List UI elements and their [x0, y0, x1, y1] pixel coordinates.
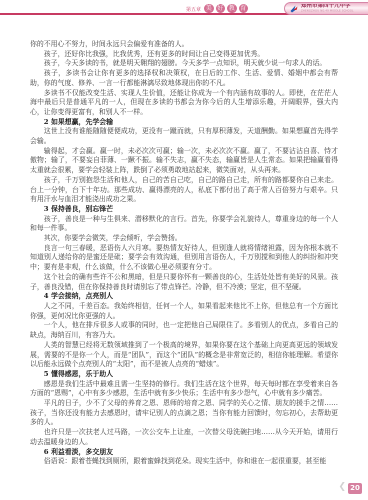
header-badge-circle: 美 — [204, 4, 214, 14]
body-paragraph: 也许只是一次扶老人过马路，一次公交车上让座，一次替父母洗碗扫地……从今天开始，请… — [30, 428, 338, 447]
body-paragraph: 感恩是我们生活中最难且需一生坚持的修行。我们生活在这个世界，每天每时都在享受着来… — [30, 380, 338, 399]
body-paragraph: 平凡的日子，少不了父母的养育之恩、恩师的培育之恩、同学的关心之情、朋友的援手之情… — [30, 399, 338, 428]
body-paragraph: 这个社会的确有些许不公和黑暗，但是只要你怀有一颗善良的心，生活处处皆有美好的风景… — [30, 273, 338, 292]
body-paragraph: 5 懂得感恩，乐于助人 — [30, 370, 338, 380]
body-paragraph: 俗语说：跟着苍蝇找到厕所，跟着蜜蜂找到花朵。现实生活中，你和谁在一起很重要，甚至… — [30, 457, 338, 467]
body-paragraph: 良言一句三春暖，恶语伤人六月寒。要热情友好待人，但别逢人就将情绪袒露，因为你根本… — [30, 244, 338, 273]
body-paragraph: 输得起，才会赢。赢一时，未必次次可赢；输一次，未必次次不赢。赢了，不要沾沾自喜、… — [30, 147, 338, 176]
school-text: 郑州市第四十九中学 ZHENGZHOU NO.49 MIDDLE SCHOOL — [301, 4, 363, 13]
school-ribbon: 郑州市第四十九中学 ZHENGZHOU NO.49 MIDDLE SCHOOL — [284, 2, 368, 15]
document-page: 第五章 美 好 教 育 郑州市第四十九中学 ZHENGZHOU NO.49 MI… — [0, 0, 368, 500]
header-badge-circle: 好 — [216, 4, 226, 14]
header-badge-circle: 育 — [239, 4, 249, 14]
page-number-badge: 20 — [348, 483, 362, 494]
body-paragraph: 2 如果想赢，先学会输 — [30, 118, 338, 128]
body-paragraph: 孩子，还好你比我强，比我优秀，还有更多的时间让自己变得更加优秀。 — [30, 50, 338, 60]
page-header: 第五章 美 好 教 育 郑州市第四十九中学 ZHENGZHOU NO.49 MI… — [0, 0, 368, 18]
body-paragraph: 孩子，多读书会让你有更多的选择权和决策权，在日后的工作、生活、爱情、婚姻中都会有… — [30, 69, 338, 88]
body-paragraph: 这世上没有谁能随随便便成功，更没有一蹴而就，只有厚积薄发，天道酬勤。如果想赢首先… — [30, 127, 338, 146]
header-badges: 美 好 教 育 — [204, 4, 248, 14]
school-logo-icon — [289, 4, 299, 14]
chapter-tag: 第五章 — [186, 6, 201, 13]
body-paragraph: 其次，你要学会微笑，学会倾听，学会赞扬。 — [30, 234, 338, 244]
body-paragraph: 一个人，他在排斥很多人或事的同时，也一定把他自己局限住了。多看别人的优点，多看自… — [30, 321, 338, 340]
body-paragraph: 多读书不仅能改变生活、实现人生价值，还能让你成为一个有内涵有故事的人。即使，在茫… — [30, 89, 338, 118]
document-body: 你的不用心不努力，时间永远只会偏爱有准备的人。 孩子，还好你比我强，比我优秀，还… — [30, 40, 338, 467]
header-badge-circle: 教 — [227, 4, 237, 14]
body-paragraph: 人之不同，千差百态。我始终相信，任何一个人，如果看起来他比不上你，但他总有一个方… — [30, 302, 338, 321]
page-corner-icon: ❮ — [338, 482, 346, 493]
body-paragraph: 6 利益看淡，多交朋友 — [30, 448, 338, 458]
body-paragraph: 孩子，今天多读的书，就是明天翱翔的翅膀。今天多学一点知识，明天就少说一句求人的话… — [30, 59, 338, 69]
school-subtext: ZHENGZHOU NO.49 MIDDLE SCHOOL — [301, 10, 354, 13]
body-paragraph: 4 学会接纳，点亮别人 — [30, 292, 338, 302]
body-paragraph: 孩子，善良是一种与生俱来、潜移默化的言行。首先，你要学会礼貌待人，尊重身边的每一… — [30, 215, 338, 234]
body-paragraph: 孩子，千万别抱怨生活和他人，自己的苦自己吃，自己的路自己走，所有的路都要你自己来… — [30, 176, 338, 205]
body-paragraph: 人类的智慧已经将无数领域推到了一个极高的境界，如果你要在这个基础上向更高更远的领… — [30, 341, 338, 370]
body-paragraph: 你的不用心不努力，时间永远只会偏爱有准备的人。 — [30, 40, 338, 50]
body-paragraph: 3 保持善良，别忘锋芒 — [30, 205, 338, 215]
